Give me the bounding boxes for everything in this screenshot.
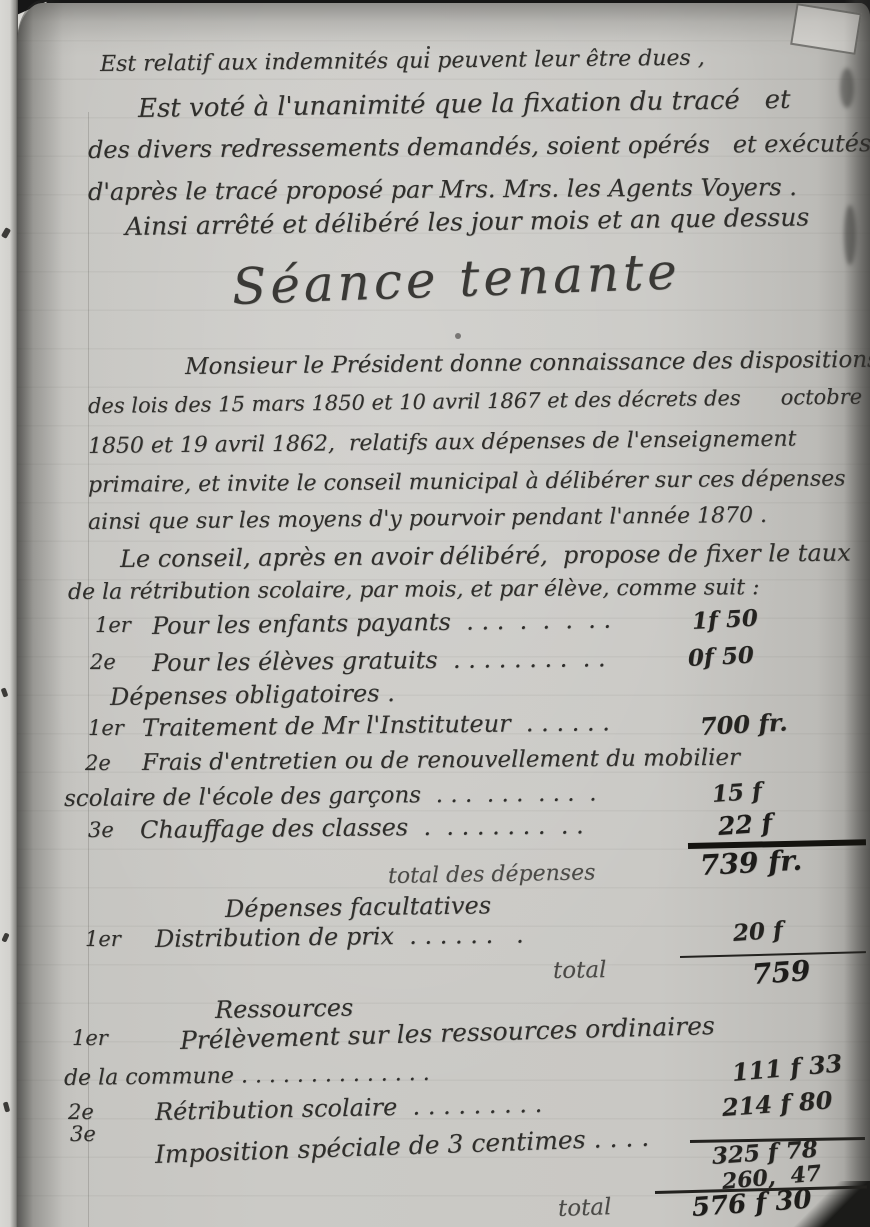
expenses-total-label: total des dépenses	[388, 860, 596, 889]
tariff-item2-number: 2e	[90, 650, 116, 674]
ressources-item1-amount: 111 f 33	[731, 1048, 844, 1087]
ressources-item1-label2: de la commune . . . . . . . . . . . . . …	[64, 1061, 430, 1091]
tariff-item2-amount: 0f 50	[687, 642, 754, 672]
expose-line-3: 1850 et 19 avril 1862, relatifs aux dépe…	[88, 427, 797, 459]
ressources-item2-number: 2e	[68, 1100, 94, 1124]
expenses-item2-label2: scolaire de l'école des garçons . . . . …	[64, 780, 597, 812]
scanned-register-photo: Est relatif aux indemnités qui peuvent l…	[0, 0, 870, 1227]
tariff-item2-label: Pour les élèves gratuits . . . . . . . .…	[152, 644, 606, 677]
expose-line-4: primaire, et invite le conseil municipal…	[88, 466, 846, 498]
closing-line-4: d'après le tracé proposé par Mrs. Mrs. l…	[88, 173, 797, 206]
expenses-total-amount: 739 fr.	[699, 844, 803, 882]
expenses-heading: Dépenses obligatoires .	[110, 679, 395, 711]
ressources-heading: Ressources	[215, 994, 354, 1024]
closing-line-5: Ainsi arrêté et délibéré les jour mois e…	[125, 202, 810, 241]
section-title: Séance tenante	[231, 242, 682, 316]
tariff-item1-label: Pour les enfants payants . . . . . . . .	[152, 606, 611, 640]
proposal-line-2: de la rétribution scolaire, par mois, et…	[68, 575, 760, 605]
expenses-item2-amount: 15 f	[711, 778, 763, 808]
facultatives-total-amount: 759	[751, 954, 812, 991]
tariff-item1-number: 1er	[95, 613, 131, 637]
ressources-item1-number: 1er	[72, 1026, 108, 1050]
facultatives-heading: Dépenses facultatives	[225, 891, 491, 923]
ressources-item3-number: 3e	[70, 1122, 96, 1146]
expose-line-2: des lois des 15 mars 1850 et 10 avril 18…	[88, 385, 862, 418]
proposal-line-1: Le conseil, après en avoir délibéré, pro…	[120, 539, 851, 573]
ressources-item2-amount: 214 f 80	[721, 1085, 833, 1122]
tariff-item1-amount: 1f 50	[691, 605, 758, 635]
facultatives-item1-amount: 20 f	[732, 917, 784, 947]
facultatives-item1-number: 1er	[85, 927, 121, 951]
expenses-item1-amount: 700 fr.	[699, 707, 788, 741]
expose-line-1: Monsieur le Président donne connaissance…	[185, 347, 870, 380]
expenses-item2-number: 2e	[85, 751, 111, 775]
expenses-item3-number: 3e	[88, 818, 114, 842]
facultatives-total-label: total	[553, 957, 607, 984]
expenses-item3-amount: 22 f	[717, 808, 773, 841]
handwriting-layer: Est relatif aux indemnités qui peuvent l…	[0, 0, 870, 1227]
expenses-item3-label: Chauffage des classes . . . . . . . . . …	[140, 811, 584, 844]
closing-line-1: Est relatif aux indemnités qui peuvent l…	[100, 46, 705, 77]
expenses-item1-label: Traitement de Mr l'Instituteur . . . . .…	[142, 708, 610, 742]
closing-line-2: Est voté à l'unanimité que la fixation d…	[138, 85, 791, 124]
closing-line-3: des divers redressements demandés, soien…	[88, 129, 870, 164]
ressources-item2-label: Rétribution scolaire . . . . . . . . .	[155, 1090, 543, 1126]
ressources-total-label: total	[558, 1194, 612, 1222]
facultatives-item1-label: Distribution de prix . . . . . . .	[155, 920, 524, 953]
expenses-item2-label: Frais d'entretien ou de renouvellement d…	[142, 745, 740, 776]
expose-line-5: ainsi que sur les moyens d'y pourvoir pe…	[88, 503, 767, 535]
expenses-item1-number: 1er	[88, 716, 124, 740]
ressources-item3-label: Imposition spéciale de 3 centimes . . . …	[154, 1123, 649, 1169]
